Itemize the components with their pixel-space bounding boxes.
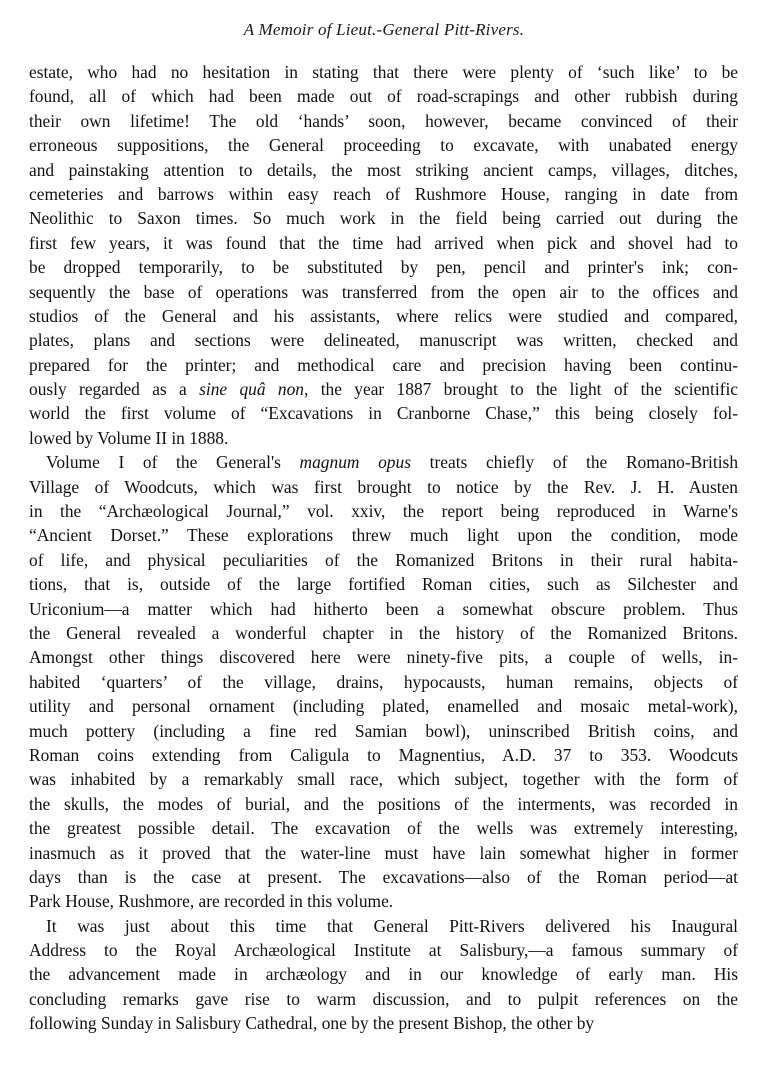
- text-line: first few years, it was found that the t…: [29, 231, 738, 255]
- text-line: following Sunday in Salisbury Cathedral,…: [29, 1011, 738, 1035]
- text-line: much pottery (including a fine red Samia…: [29, 719, 738, 743]
- text-line: cemeteries and barrows within easy reach…: [29, 182, 738, 206]
- text-line: lowed by Volume II in 1888.: [29, 426, 738, 450]
- text-line: sequently the base of operations was tra…: [29, 280, 738, 304]
- italic-phrase: sine quâ non: [199, 379, 304, 399]
- text-line: of life, and physical peculiarities of t…: [29, 548, 738, 572]
- paragraph: It was just about this time that General…: [29, 914, 738, 1036]
- text-line: Park House, Rushmore, are recorded in th…: [29, 889, 738, 913]
- text-line: Amongst other things discovered here wer…: [29, 645, 738, 669]
- text-line: world the first volume of “Excavations i…: [29, 401, 738, 425]
- text-line: the General revealed a wonderful chapter…: [29, 621, 738, 645]
- text-line: plates, plans and sections were delineat…: [29, 328, 738, 352]
- paragraph: Volume I of the General's magnum opus tr…: [29, 450, 738, 913]
- text-line: ously regarded as a sine quâ non, the ye…: [29, 377, 738, 401]
- text-line: was inhabited by a remarkably small race…: [29, 767, 738, 791]
- text-line: It was just about this time that General…: [29, 914, 738, 938]
- text-line: be dropped temporarily, to be substitute…: [29, 255, 738, 279]
- text-line: the skulls, the modes of burial, and the…: [29, 792, 738, 816]
- text-line: concluding remarks gave rise to warm dis…: [29, 987, 738, 1011]
- body-text: estate, who had no hesitation in stating…: [29, 60, 738, 1036]
- book-page: A Memoir of Lieut.-General Pitt-Rivers. …: [0, 0, 768, 1074]
- text-line: Uriconium—a matter which had hitherto be…: [29, 597, 738, 621]
- text-line: the advancement made in archæology and i…: [29, 962, 738, 986]
- text-line: prepared for the printer; and methodical…: [29, 353, 738, 377]
- text-line: found, all of which had been made out of…: [29, 84, 738, 108]
- text-line: studios of the General and his assistant…: [29, 304, 738, 328]
- text-line: the greatest possible detail. The excava…: [29, 816, 738, 840]
- text-line: inasmuch as it proved that the water-lin…: [29, 841, 738, 865]
- text-line: “Ancient Dorset.” These explorations thr…: [29, 523, 738, 547]
- text-line: erroneous suppositions, the General proc…: [29, 133, 738, 157]
- paragraph: estate, who had no hesitation in stating…: [29, 60, 738, 450]
- text-line: in the “Archæological Journal,” vol. xxi…: [29, 499, 738, 523]
- text-line: Volume I of the General's magnum opus tr…: [29, 450, 738, 474]
- text-line: tions, that is, outside of the large for…: [29, 572, 738, 596]
- text-line: estate, who had no hesitation in stating…: [29, 60, 738, 84]
- text-line: days than is the case at present. The ex…: [29, 865, 738, 889]
- text-line: Village of Woodcuts, which was first bro…: [29, 475, 738, 499]
- italic-phrase: magnum opus: [300, 452, 411, 472]
- text-line: and painstaking attention to details, th…: [29, 158, 738, 182]
- text-line: Roman coins extending from Caligula to M…: [29, 743, 738, 767]
- text-line: Address to the Royal Archæological Insti…: [29, 938, 738, 962]
- running-head: A Memoir of Lieut.-General Pitt-Rivers.: [0, 20, 768, 40]
- text-line: Neolithic to Saxon times. So much work i…: [29, 206, 738, 230]
- text-line: habited ‘quarters’ of the village, drain…: [29, 670, 738, 694]
- text-line: their own lifetime! The old ‘hands’ soon…: [29, 109, 738, 133]
- text-line: utility and personal ornament (including…: [29, 694, 738, 718]
